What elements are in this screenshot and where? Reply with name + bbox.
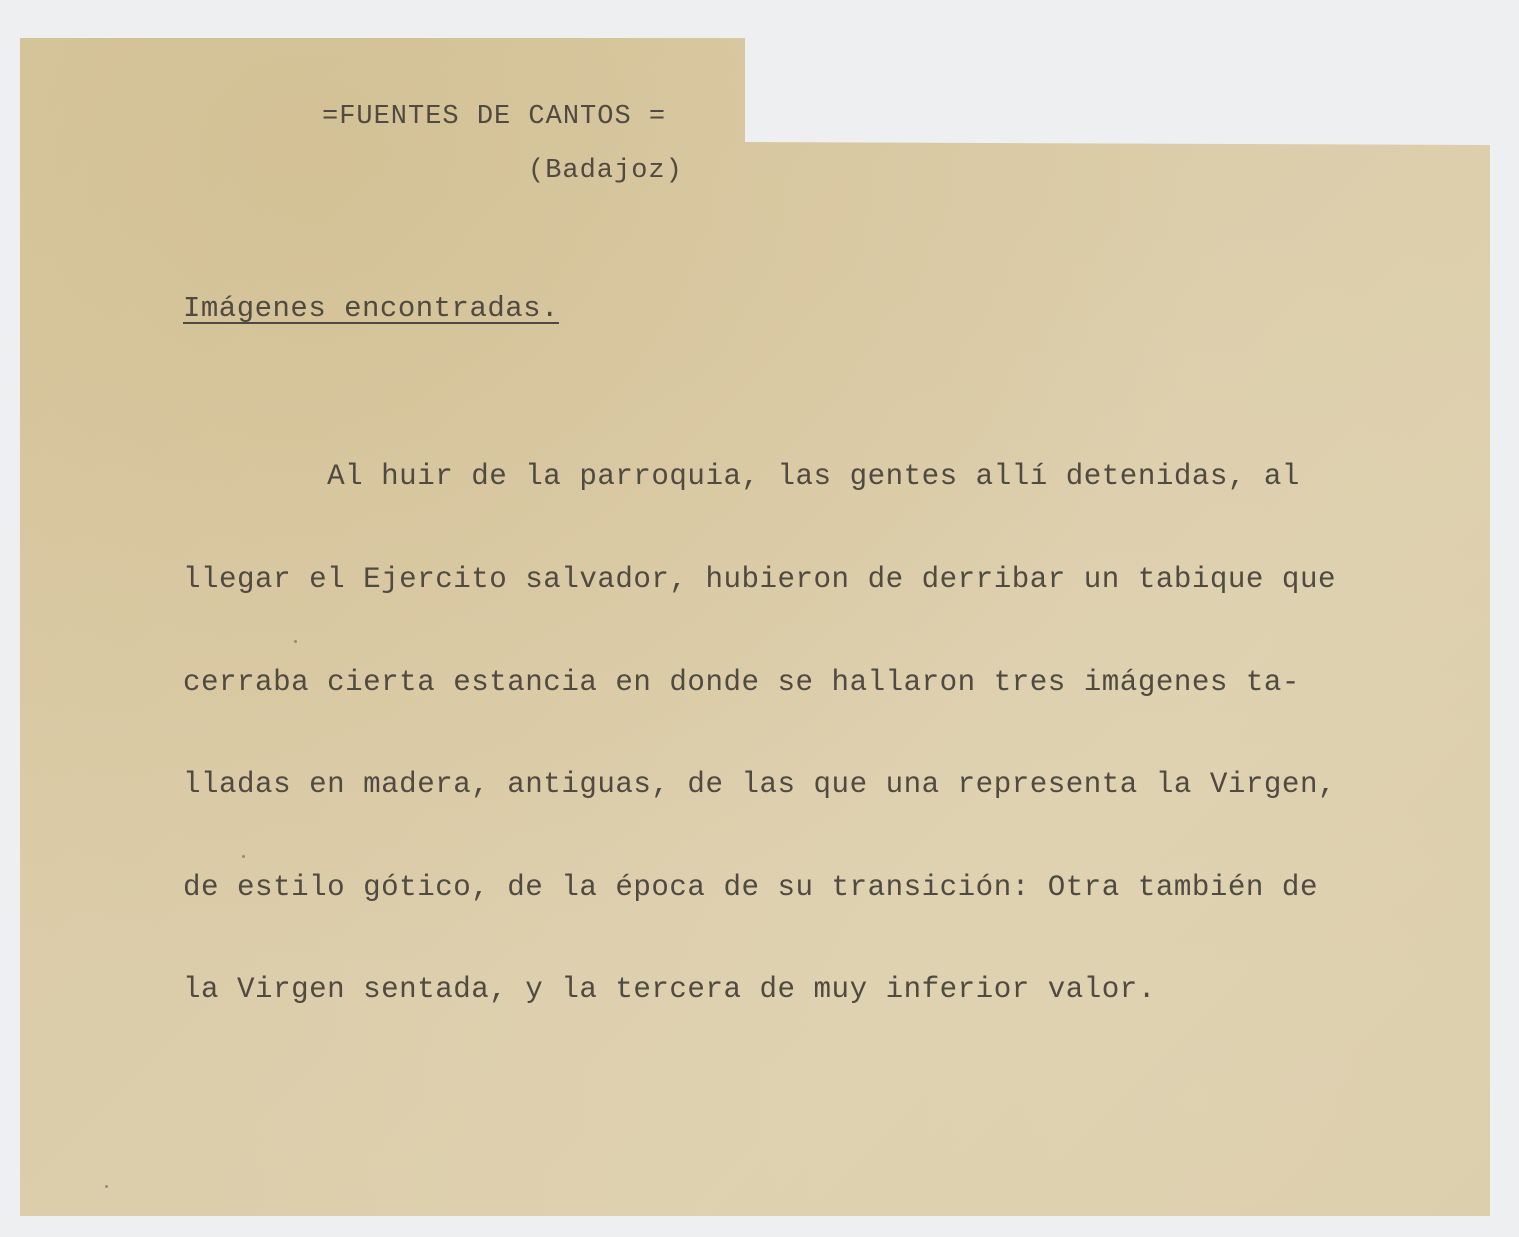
body-line: llegar el Ejercito salvador, hubieron de… <box>183 563 1336 597</box>
body-line: la Virgen sentada, y la tercera de muy i… <box>183 973 1336 1007</box>
body-line: Al huir de la parroquia, las gentes allí… <box>183 460 1336 494</box>
paper-speck <box>105 1185 108 1188</box>
card-title: =FUENTES DE CANTOS = <box>322 102 666 132</box>
body-line: lladas en madera, antiguas, de las que u… <box>183 768 1336 802</box>
card-subtitle: (Badajoz) <box>528 156 683 186</box>
body-paragraph: Al huir de la parroquia, las gentes allí… <box>183 392 1336 1042</box>
section-heading: Imágenes encontradas. <box>183 292 559 325</box>
body-line: de estilo gótico, de la época de su tran… <box>183 871 1336 905</box>
paper-speck <box>294 640 297 643</box>
paper-speck <box>242 855 245 858</box>
body-line: cerraba cierta estancia en donde se hall… <box>183 666 1336 700</box>
